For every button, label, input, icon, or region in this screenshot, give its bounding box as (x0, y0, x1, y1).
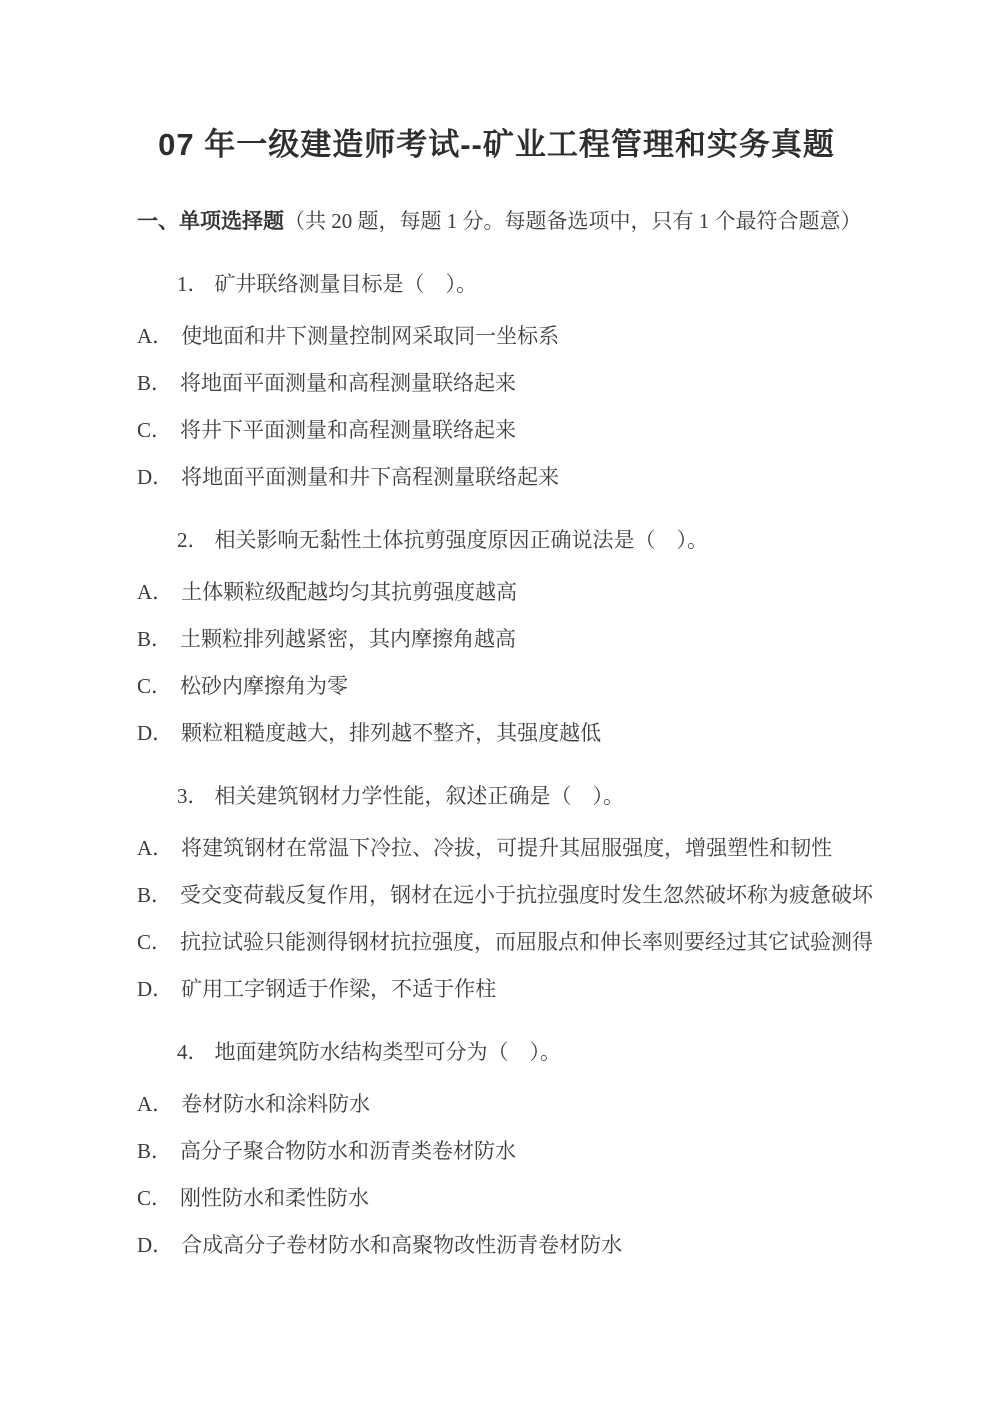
option-row: A．将建筑钢材在常温下冷拉、冷拔，可提升其屈服强度，增强塑性和韧性 (137, 825, 943, 872)
option-label: D． (137, 1233, 173, 1257)
question-block-4: 4．地面建筑防水结构类型可分为（ ）。 A．卷材防水和涂料防水 B．高分子聚合物… (137, 1029, 943, 1269)
option-text: 卷材防水和涂料防水 (181, 1092, 370, 1116)
option-label: A． (137, 836, 173, 860)
option-label: B． (137, 371, 172, 395)
option-label: C． (137, 418, 172, 442)
question-stem-line: 4．地面建筑防水结构类型可分为（ ）。 (137, 1029, 943, 1076)
option-label: D． (137, 721, 173, 745)
option-row: B．高分子聚合物防水和沥青类卷材防水 (137, 1128, 943, 1175)
question-stem-line: 1．矿井联络测量目标是（ ）。 (137, 261, 943, 308)
document-title: 07 年一级建造师考试--矿业工程管理和实务真题 (0, 122, 993, 168)
question-block-3: 3．相关建筑钢材力学性能，叙述正确是（ ）。 A．将建筑钢材在常温下冷拉、冷拔，… (137, 773, 943, 1013)
option-row: C．抗拉试验只能测得钢材抗拉强度，而屈服点和伸长率则要经过其它试验测得 (137, 919, 943, 966)
option-row: C．刚性防水和柔性防水 (137, 1175, 943, 1222)
option-text: 高分子聚合物防水和沥青类卷材防水 (180, 1139, 516, 1163)
option-text: 矿用工字钢适于作梁，不适于作柱 (181, 977, 496, 1001)
section-header: 一、单项选择题（共 20 题，每题 1 分。每题备选项中，只有 1 个最符合题意… (137, 198, 933, 245)
question-stem: 矿井联络测量目标是（ ）。 (215, 272, 478, 296)
option-label: B． (137, 883, 172, 907)
question-stem: 相关建筑钢材力学性能，叙述正确是（ ）。 (215, 784, 625, 808)
option-label: A． (137, 580, 173, 604)
question-block-2: 2．相关影响无黏性土体抗剪强度原因正确说法是（ ）。 A．土体颗粒级配越均匀其抗… (137, 517, 943, 757)
option-text: 松砂内摩擦角为零 (180, 674, 348, 698)
option-row: D．将地面平面测量和井下高程测量联络起来 (137, 454, 943, 501)
option-text: 使地面和井下测量控制网采取同一坐标系 (181, 324, 559, 348)
option-row: C．松砂内摩擦角为零 (137, 663, 943, 710)
option-text: 将井下平面测量和高程测量联络起来 (180, 418, 516, 442)
question-number: 2． (177, 528, 209, 552)
option-text: 受交变荷载反复作用，钢材在远小于抗拉强度时发生忽然破坏称为疲惫破坏 (180, 883, 873, 907)
option-label: A． (137, 324, 173, 348)
option-row: B．将地面平面测量和高程测量联络起来 (137, 360, 943, 407)
option-row: A．卷材防水和涂料防水 (137, 1081, 943, 1128)
section-note: （共 20 题，每题 1 分。每题备选项中，只有 1 个最符合题意） (284, 209, 862, 233)
question-block-1: 1．矿井联络测量目标是（ ）。 A．使地面和井下测量控制网采取同一坐标系 B．将… (137, 261, 943, 501)
question-number: 3． (177, 784, 209, 808)
option-label: D． (137, 465, 173, 489)
option-row: A．使地面和井下测量控制网采取同一坐标系 (137, 313, 943, 360)
option-row: D．合成高分子卷材防水和高聚物改性沥青卷材防水 (137, 1222, 943, 1269)
option-text: 将建筑钢材在常温下冷拉、冷拔，可提升其屈服强度，增强塑性和韧性 (181, 836, 832, 860)
option-row: B．土颗粒排列越紧密，其内摩擦角越高 (137, 616, 943, 663)
option-text: 颗粒粗糙度越大，排列越不整齐，其强度越低 (181, 721, 601, 745)
question-stem-line: 3．相关建筑钢材力学性能，叙述正确是（ ）。 (137, 773, 943, 820)
option-text: 土颗粒排列越紧密，其内摩擦角越高 (180, 627, 516, 651)
question-number: 1． (177, 272, 209, 296)
option-row: A．土体颗粒级配越均匀其抗剪强度越高 (137, 569, 943, 616)
option-label: A． (137, 1092, 173, 1116)
option-label: B． (137, 1139, 172, 1163)
option-text: 将地面平面测量和高程测量联络起来 (180, 371, 516, 395)
question-stem: 相关影响无黏性土体抗剪强度原因正确说法是（ ）。 (215, 528, 709, 552)
question-stem-line: 2．相关影响无黏性土体抗剪强度原因正确说法是（ ）。 (137, 517, 943, 564)
option-text: 土体颗粒级配越均匀其抗剪强度越高 (181, 580, 517, 604)
option-text: 合成高分子卷材防水和高聚物改性沥青卷材防水 (181, 1233, 622, 1257)
section-heading: 一、单项选择题 (137, 209, 284, 233)
document-page: 07 年一级建造师考试--矿业工程管理和实务真题 一、单项选择题（共 20 题，… (0, 0, 993, 1404)
option-label: C． (137, 674, 172, 698)
option-text: 抗拉试验只能测得钢材抗拉强度，而屈服点和伸长率则要经过其它试验测得 (180, 930, 873, 954)
option-row: D．矿用工字钢适于作梁，不适于作柱 (137, 966, 943, 1013)
option-text: 刚性防水和柔性防水 (180, 1186, 369, 1210)
option-label: B． (137, 627, 172, 651)
option-row: B．受交变荷载反复作用，钢材在远小于抗拉强度时发生忽然破坏称为疲惫破坏 (137, 872, 943, 919)
option-label: D． (137, 977, 173, 1001)
option-label: C． (137, 930, 172, 954)
option-label: C． (137, 1186, 172, 1210)
question-stem: 地面建筑防水结构类型可分为（ ）。 (215, 1040, 562, 1064)
option-row: D．颗粒粗糙度越大，排列越不整齐，其强度越低 (137, 710, 943, 757)
option-text: 将地面平面测量和井下高程测量联络起来 (181, 465, 559, 489)
option-row: C．将井下平面测量和高程测量联络起来 (137, 407, 943, 454)
question-number: 4． (177, 1040, 209, 1064)
